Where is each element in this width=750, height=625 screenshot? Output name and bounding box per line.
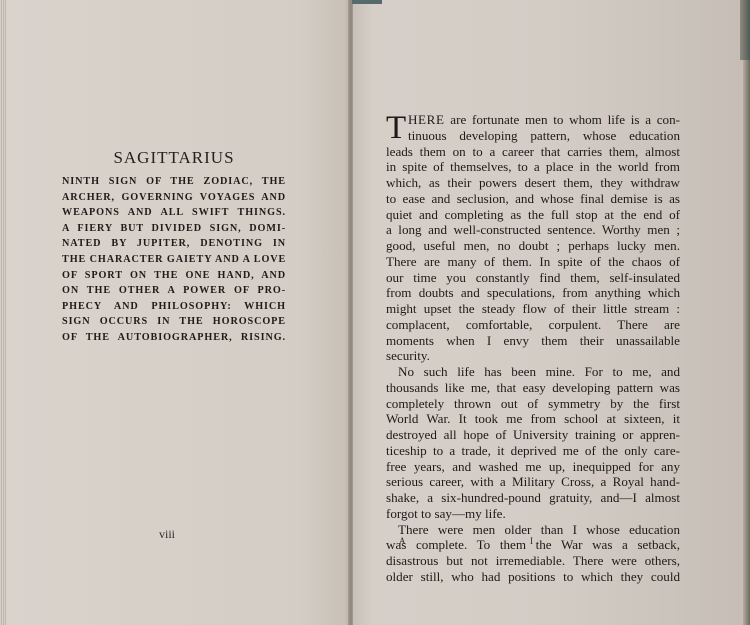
text-line: ticeship to a trade, it deprived me of t… — [386, 443, 680, 459]
text-line: thousands like me, that easy developing … — [386, 380, 680, 396]
text-line: in spite of themselves, to a place in th… — [386, 159, 680, 175]
epigraph-text: NINTH SIGN OF THE ZODIAC, THE ARCHER, GO… — [62, 174, 286, 346]
text-line: completely thrown out of symmetry by the… — [386, 396, 680, 412]
epigraph-line: ON THE OTHER A POWER OF PRO- — [62, 283, 286, 299]
text-line: shake, a six-hundred-pound gratuity, and… — [386, 490, 680, 506]
text-line: to ease and seclusion, and whose final d… — [386, 191, 680, 207]
page-number-left: viii — [159, 527, 175, 542]
epigraph-line: A FIERY BUT DIVIDED SIGN, DOMI- — [62, 221, 286, 237]
epigraph-line: SIGN OCCURS IN THE HOROSCOPE — [62, 314, 286, 330]
epigraph-line: PHECY AND PHILOSOPHY: WHICH — [62, 299, 286, 315]
text-line: older still, who had positions to which … — [386, 569, 680, 585]
text-line: leads them on to a career that carries t… — [386, 144, 680, 160]
first-word: HERE — [408, 112, 445, 127]
text-line: disastrous but not irremediable. There w… — [386, 553, 680, 569]
text-line: serious career, with a Military Cross, a… — [386, 474, 680, 490]
epigraph: SAGITTARIUS NINTH SIGN OF THE ZODIAC, TH… — [62, 148, 286, 346]
epigraph-line: THE CHARACTER GAIETY AND A LOVE — [62, 252, 286, 268]
epigraph-line: NINTH SIGN OF THE ZODIAC, THE — [62, 174, 286, 190]
epigraph-line: ARCHER, GOVERNING VOYAGES AND — [62, 190, 286, 206]
text-line: good, useful men, no doubt ; perhaps luc… — [386, 238, 680, 254]
text-line: quiet and completing as the full stop at… — [386, 207, 680, 223]
text-line: moments when I envy them their unassaila… — [386, 333, 680, 349]
epigraph-line: NATED BY JUPITER, DENOTING IN — [62, 236, 286, 252]
text-line: our time you constantly find them, self-… — [386, 270, 680, 286]
text-line: There were men older than I whose educat… — [386, 522, 680, 538]
epigraph-line: OF THE AUTOBIOGRAPHER, RISING. — [62, 330, 286, 346]
page-number-right: I — [530, 536, 533, 546]
background-edge — [352, 0, 382, 4]
text-line: was complete. To them the War was a setb… — [386, 537, 680, 553]
epigraph-line: OF SPORT ON THE ONE HAND, AND — [62, 268, 286, 284]
text-line: from doubts and speculations, from anyth… — [386, 285, 680, 301]
text-line: destroyed all hope of University trainin… — [386, 427, 680, 443]
text-line: a long and well-constructed sentence. Wo… — [386, 222, 680, 238]
text-line: forgot to say—my life. — [386, 506, 680, 522]
text-line: HERE are fortunate men to whom life is a… — [386, 112, 680, 128]
text-line: security. — [386, 348, 680, 364]
body-text: HERE are fortunate men to whom life is a… — [386, 112, 680, 585]
text-line: which, as their powers desert them, they… — [386, 175, 680, 191]
text-line: There are many of them. In spite of the … — [386, 254, 680, 270]
text-line-fragment: are fortunate men to whom life is a con- — [445, 112, 680, 127]
epigraph-line: WEAPONS AND ALL SWIFT THINGS. — [62, 205, 286, 221]
signature-mark: A — [399, 536, 406, 546]
text-line: free years, and washed me up, inequipped… — [386, 459, 680, 475]
text-line: No such life has been mine. For to me, a… — [386, 364, 680, 380]
text-line: World War. It took me from school at six… — [386, 411, 680, 427]
epigraph-title: SAGITTARIUS — [62, 148, 286, 168]
left-page: SAGITTARIUS NINTH SIGN OF THE ZODIAC, TH… — [0, 0, 350, 625]
text-line: tinuous developing pattern, whose educat… — [386, 128, 680, 144]
text-line: complacent, comfortable, corpulent. Ther… — [386, 317, 680, 333]
text-line: might upset the steady flow of their lit… — [386, 301, 680, 317]
open-book: SAGITTARIUS NINTH SIGN OF THE ZODIAC, TH… — [0, 0, 750, 625]
background-edge — [740, 0, 750, 60]
